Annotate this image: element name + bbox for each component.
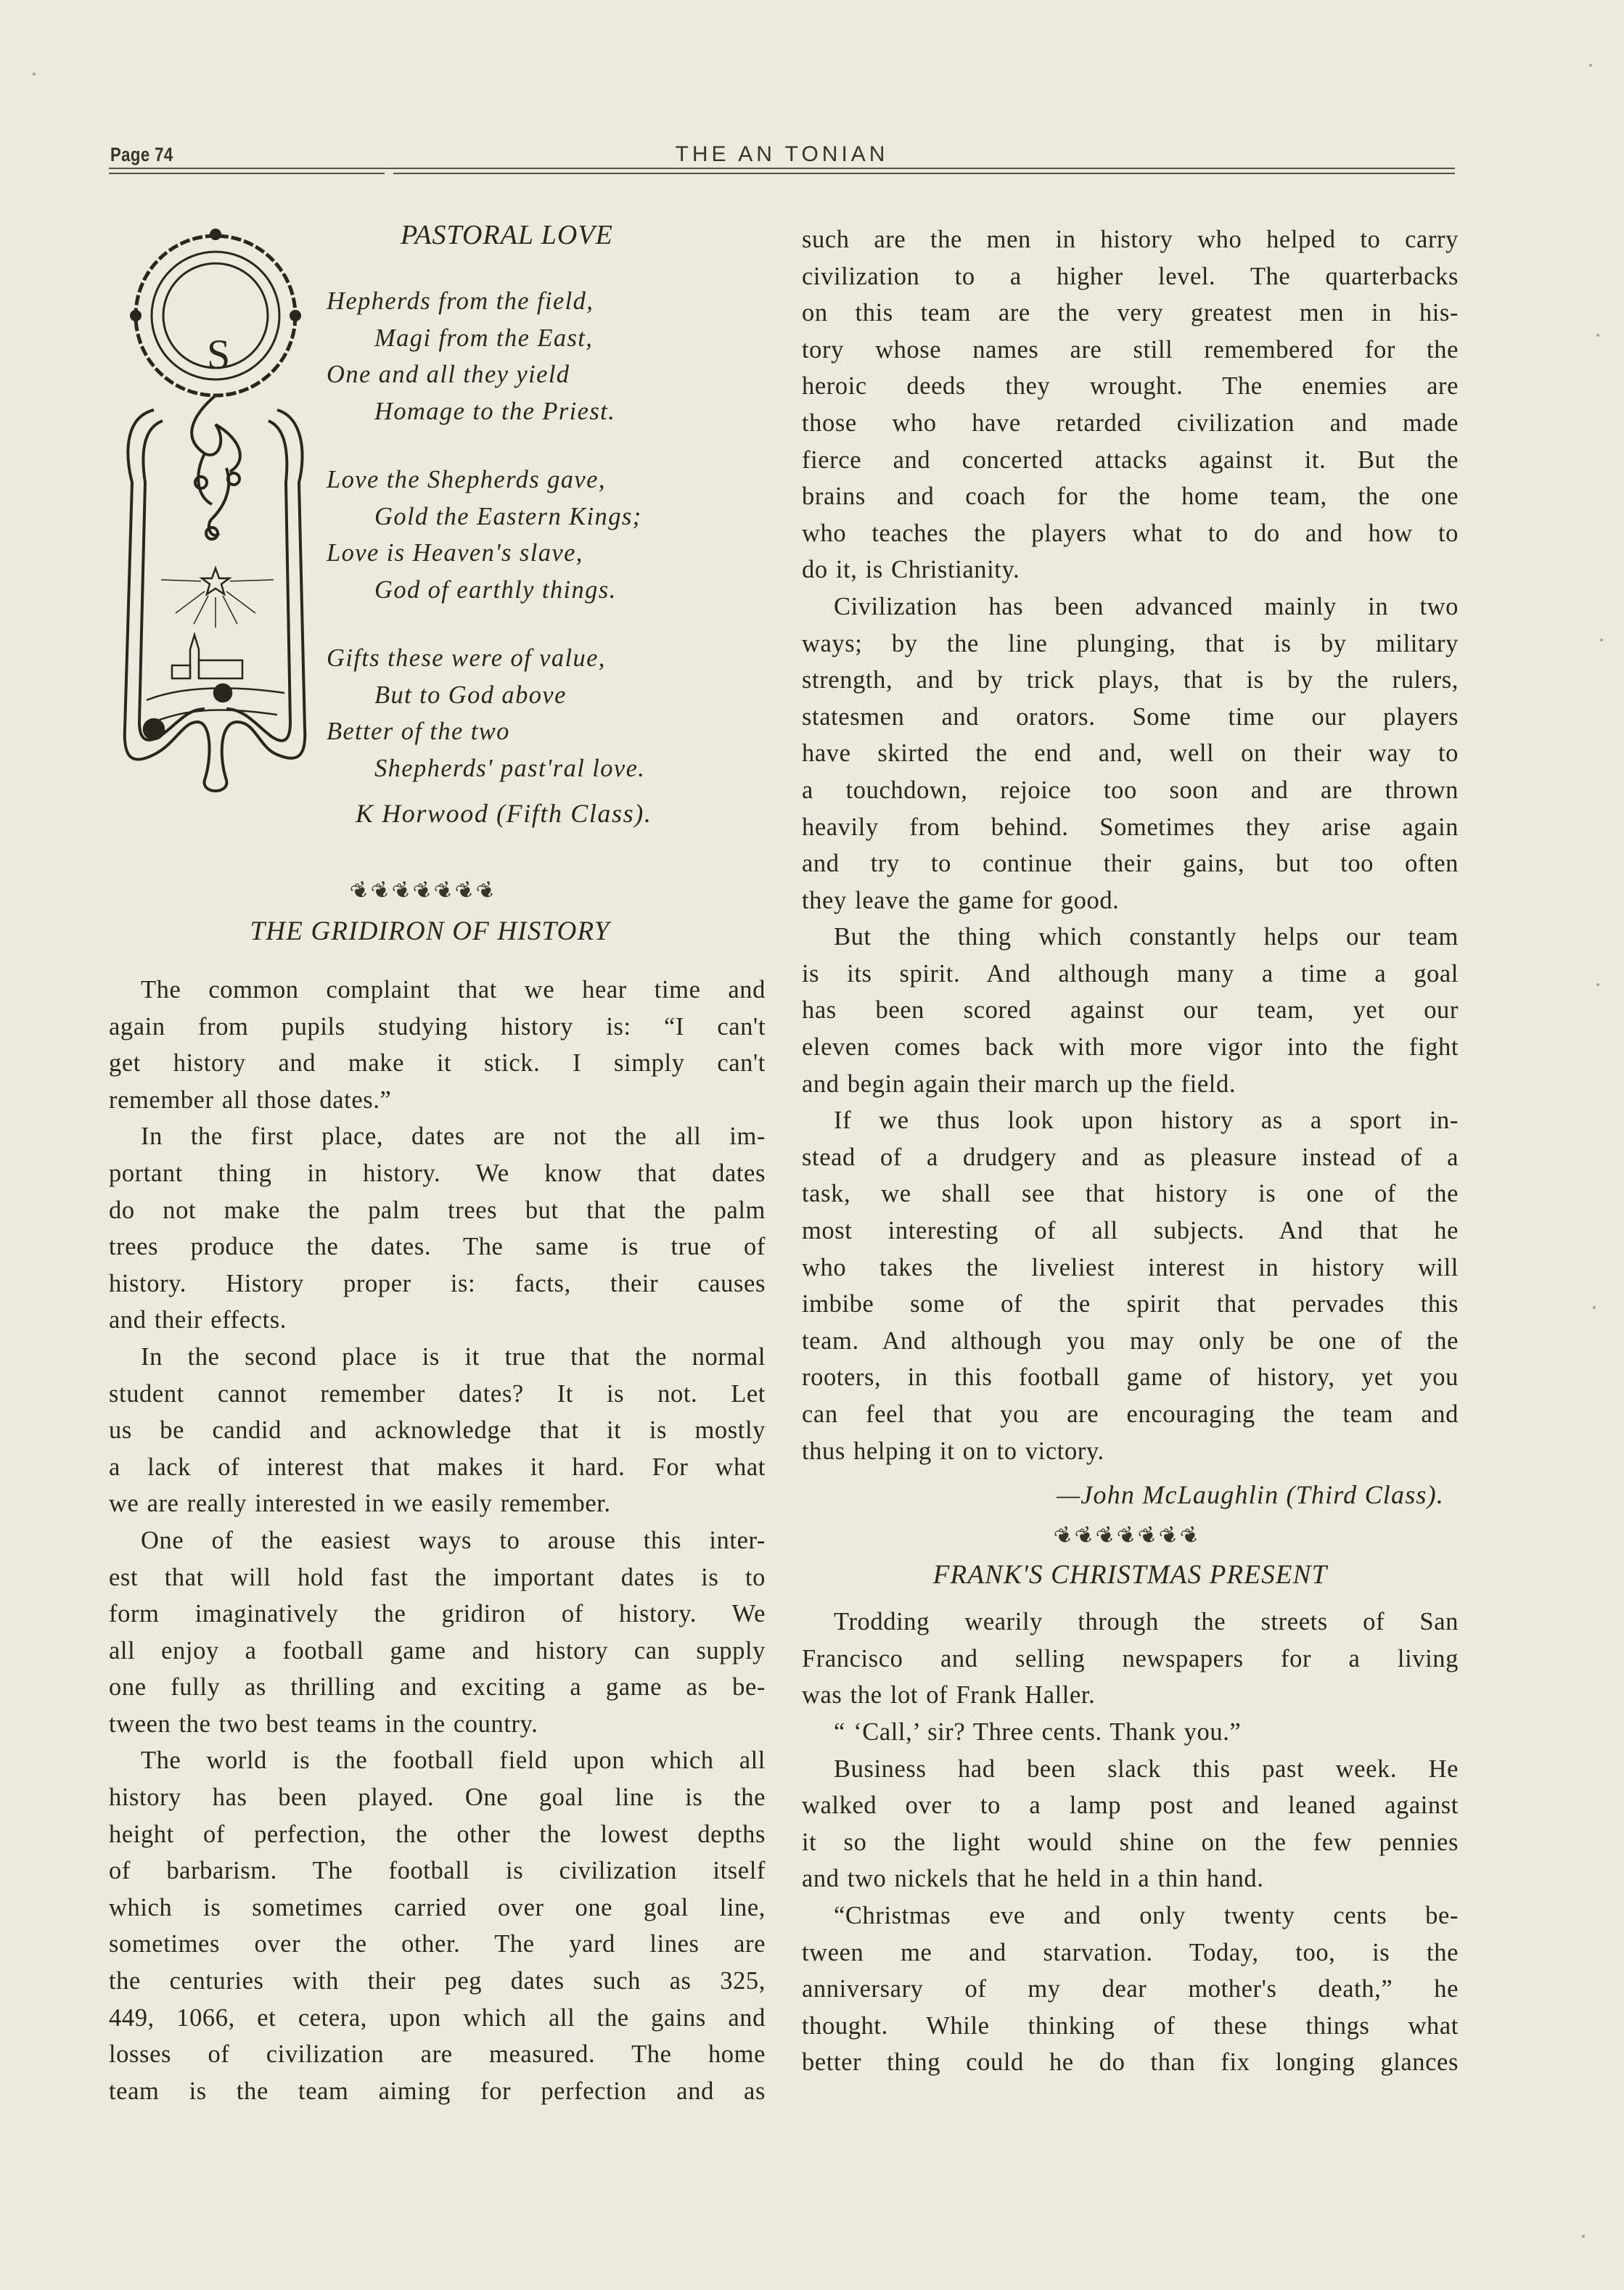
poem-author: K Horwood (Fifth Class).	[356, 798, 652, 829]
header-rule	[393, 173, 1455, 174]
poem-line: Love the Shepherds gave,	[327, 461, 645, 498]
article-body: The common complaint that we hear time a…	[109, 972, 766, 2109]
poem-line: But to God above	[327, 677, 645, 714]
poem-line: Love is Heaven's slave,	[327, 535, 645, 572]
poem-line: Better of the two	[327, 713, 645, 750]
article-body: Trodding wearily through the streets of …	[802, 1604, 1459, 2081]
poem-block: PASTORAL LOVE S Hepherds from the field,…	[109, 210, 766, 871]
magazine-page: Page 74 THE AN TONIAN	[0, 0, 1624, 2290]
article-body-continued: such are the men in history who helped t…	[802, 221, 1459, 1469]
poem-title: PASTORAL LOVE	[401, 219, 613, 251]
poem-line: God of earthly things.	[327, 572, 645, 609]
poem-line: Shepherds' past'ral love.	[327, 750, 645, 787]
article-author: —John McLaughlin (Third Class).	[802, 1480, 1444, 1510]
right-column: such are the men in history who helped t…	[802, 221, 1459, 2081]
ornament-initial: S	[207, 330, 230, 379]
holly-divider-icon: ❦❦❦❦❦❦❦	[795, 1519, 1459, 1555]
poem-text: Hepherds from the field, Magi from the E…	[327, 283, 645, 787]
page-header: Page 74 THE AN TONIAN	[109, 136, 1455, 180]
poem-line: Gifts these were of value,	[327, 640, 645, 677]
poem-line: Hepherds from the field,	[327, 283, 645, 320]
holly-divider-icon: ❦❦❦❦❦❦❦	[80, 874, 766, 910]
article-title: THE GRIDIRON OF HISTORY	[94, 916, 766, 947]
publication-title: THE AN TONIAN	[109, 142, 1455, 167]
header-rule	[109, 168, 1455, 169]
left-column: PASTORAL LOVE S Hepherds from the field,…	[109, 210, 766, 2109]
article-title: FRANK'S CHRISTMAS PRESENT	[802, 1559, 1459, 1591]
poem-line: One and all they yield	[327, 356, 645, 393]
header-rule	[109, 173, 385, 174]
poem-line: Gold the Eastern Kings;	[327, 498, 645, 535]
poem-line: Magi from the East,	[327, 320, 645, 357]
poem-line: Homage to the Priest.	[327, 393, 645, 430]
wreath-scroll-ornament-icon	[103, 221, 328, 795]
